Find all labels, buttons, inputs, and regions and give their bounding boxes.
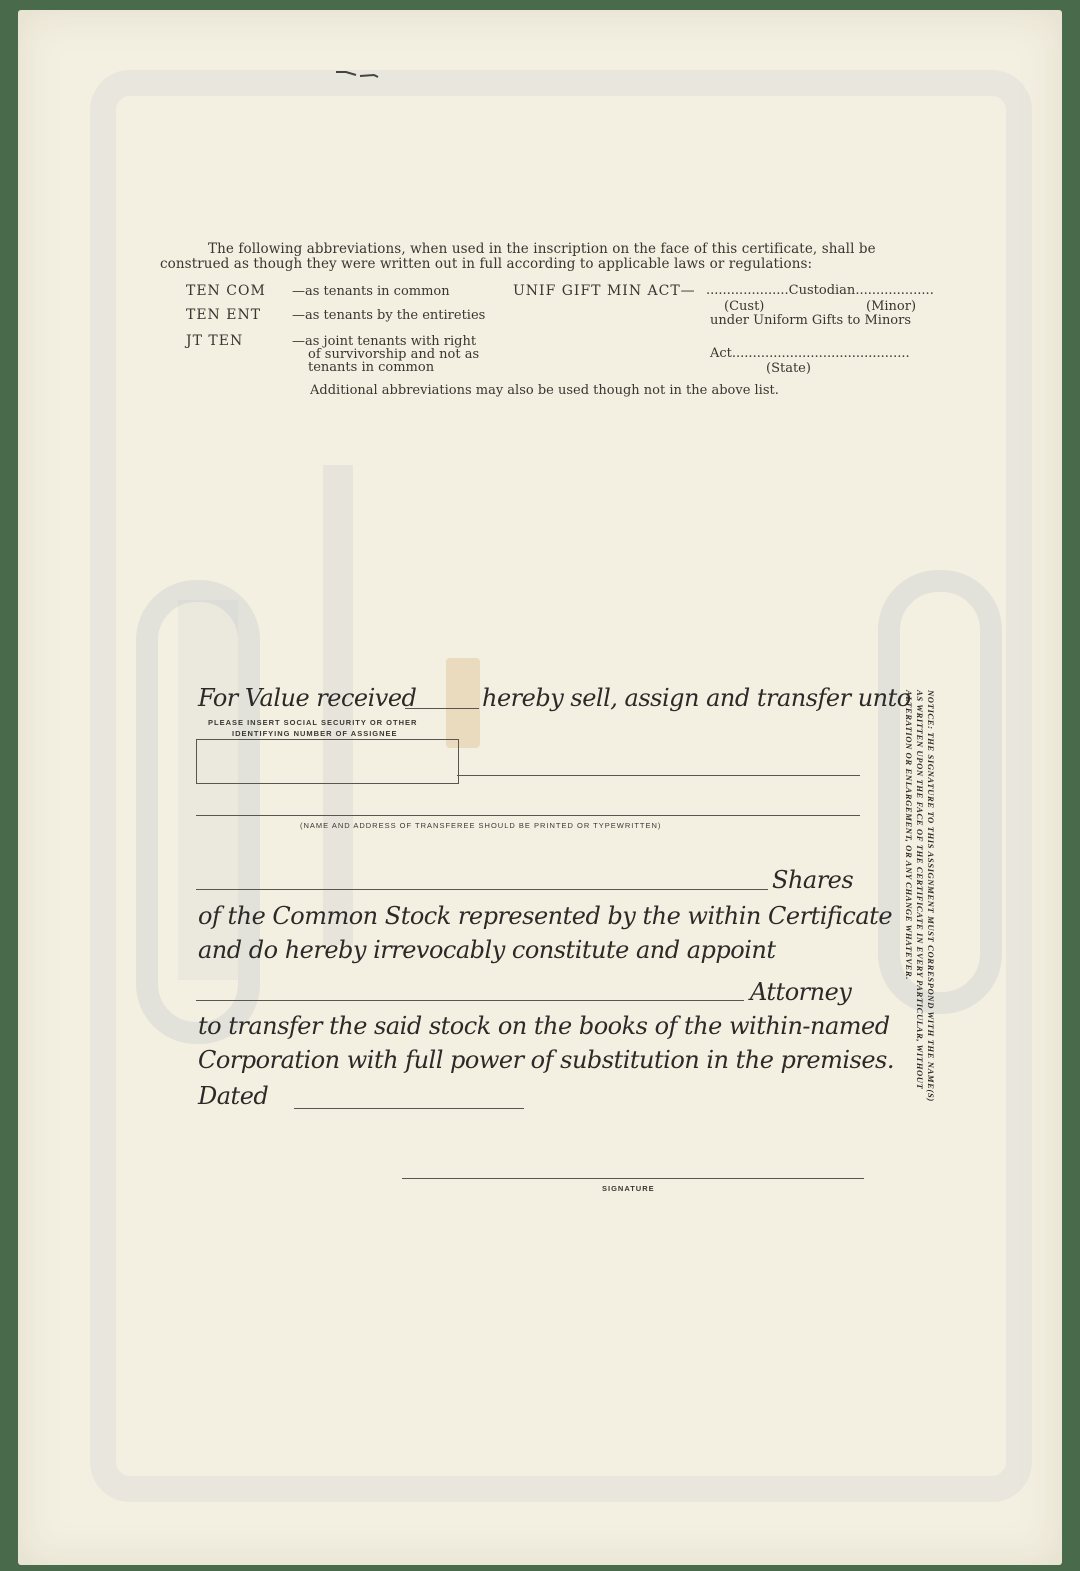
pen-mark xyxy=(336,70,380,78)
unif-gift-min-act-label: UNIF GIFT MIN ACT— xyxy=(513,283,696,299)
transferee-line-1[interactable] xyxy=(457,775,860,776)
signature-notice: NOTICE: THE SIGNATURE TO THIS ASSIGNMENT… xyxy=(903,690,936,1210)
notice-line3: ALTERATION OR ENLARGEMENT, OR ANY CHANGE… xyxy=(903,690,914,1210)
for-value-received-label: For Value received xyxy=(198,684,416,712)
paper-stain xyxy=(446,658,480,748)
under-uniform-gifts-line: under Uniform Gifts to Minors xyxy=(710,313,911,328)
do-hereby-line: and do hereby irrevocably constitute and… xyxy=(198,936,775,964)
minor-caption: (Minor) xyxy=(866,299,916,314)
dated-label: Dated xyxy=(198,1082,268,1110)
transfer-line: to transfer the said stock on the books … xyxy=(198,1012,890,1040)
abbreviations-intro-line2: construed as though they were written ou… xyxy=(160,256,812,272)
cust-caption: (Cust) xyxy=(724,299,764,314)
corporation-line: Corporation with full power of substitut… xyxy=(198,1046,894,1074)
additional-abbreviations-note: Additional abbreviations may also be use… xyxy=(310,383,779,398)
hereby-sell-label: hereby sell, assign and transfer unto xyxy=(482,684,911,712)
ssn-input-box[interactable] xyxy=(196,739,459,784)
act-label: Act xyxy=(710,346,732,361)
abbr-code-ten-ent: TEN ENT xyxy=(186,307,261,323)
custodian-dots-2: ................... xyxy=(855,283,934,298)
bleed-through-vignette-right xyxy=(878,570,1002,1014)
notice-line1: NOTICE: THE SIGNATURE TO THIS ASSIGNMENT… xyxy=(925,690,936,1210)
act-line: Act.....................................… xyxy=(710,346,910,361)
abbr-meaning-ten-com: —as tenants in common xyxy=(292,284,450,299)
act-dots: ........................................… xyxy=(732,346,910,361)
abbr-meaning-ten-ent: —as tenants by the entireties xyxy=(292,308,485,323)
state-caption: (State) xyxy=(766,361,811,376)
signature-caption: SIGNATURE xyxy=(602,1184,655,1193)
attorney-label: Attorney xyxy=(750,978,851,1006)
transferee-caption: (NAME AND ADDRESS OF TRANSFEREE SHOULD B… xyxy=(300,821,661,830)
shares-label: Shares xyxy=(772,866,853,894)
common-stock-line: of the Common Stock represented by the w… xyxy=(198,902,892,930)
transferee-line-2[interactable] xyxy=(196,815,860,816)
dated-blank-line[interactable] xyxy=(294,1108,524,1109)
abbr-meaning-jt-ten-3: tenants in common xyxy=(308,360,434,375)
shares-blank-line[interactable] xyxy=(196,889,768,890)
custodian-dots-1: .................... xyxy=(706,283,789,298)
abbr-code-ten-com: TEN COM xyxy=(186,283,266,299)
custodian-line: ....................Custodian...........… xyxy=(706,283,934,298)
signature-line[interactable] xyxy=(402,1178,864,1179)
notice-line2: AS WRITTEN UPON THE FACE OF THE CERTIFIC… xyxy=(914,690,925,1210)
custodian-label: Custodian xyxy=(789,283,856,298)
ssn-label-line1: PLEASE INSERT SOCIAL SECURITY OR OTHER xyxy=(208,718,417,727)
abbr-code-jt-ten: JT TEN xyxy=(186,333,243,349)
attorney-blank-line[interactable] xyxy=(196,1000,744,1001)
abbreviations-intro-line1: The following abbreviations, when used i… xyxy=(208,241,876,257)
for-value-blank-line xyxy=(405,708,479,709)
ssn-label-line2: IDENTIFYING NUMBER OF ASSIGNEE xyxy=(232,729,398,738)
